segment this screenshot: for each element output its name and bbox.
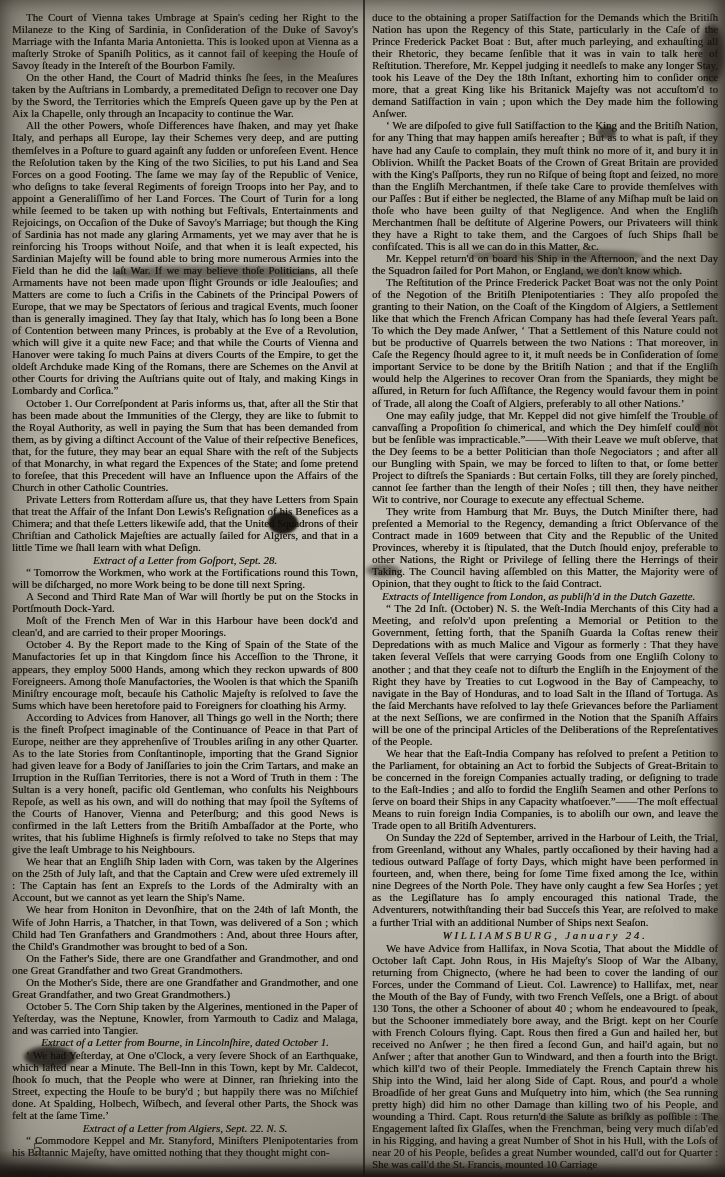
paragraph: “ The 2d Inſt. (October) N. S. the Weſt-… <box>372 603 718 748</box>
paragraph: All the other Powers, whoſe Differences … <box>12 120 358 397</box>
paragraph: On Sunday the 22d of September, arrived … <box>372 832 718 928</box>
newspaper-page: The Court of Vienna takes Umbrage at Spa… <box>0 0 725 1177</box>
paragraph: A Second and Third Rate Man of War will … <box>12 591 358 615</box>
paragraph: One may eaſily judge, that Mr. Keppel di… <box>372 410 718 506</box>
paragraph: October 1. Our Correſpondent at Paris in… <box>12 398 358 494</box>
page-corner-shadow <box>0 1151 120 1177</box>
paragraph: On the Mother's Side, there are one Gran… <box>12 977 358 1001</box>
paragraph: We hear from Honiton in Devonſhire, that… <box>12 904 358 952</box>
section-heading: Extract of a Letter from Bourne, in Linc… <box>12 1037 358 1049</box>
paragraph: duce to the obtaining a proper Satiſfact… <box>372 12 718 120</box>
paragraph: We hear that the Eaſt-India Company has … <box>372 748 718 832</box>
paragraph: They write from Hamburg that Mr. Buys, t… <box>372 506 718 590</box>
left-column: The Court of Vienna takes Umbrage at Spa… <box>12 12 358 1170</box>
paragraph: The Court of Vienna takes Umbrage at Spa… <box>12 12 358 72</box>
paragraph: On the other Hand, the Court of Madrid t… <box>12 72 358 120</box>
paragraph: October 5. The Corn Ship taken by the Al… <box>12 1001 358 1037</box>
paragraph: October 4. By the Report made to the Kin… <box>12 639 358 711</box>
paragraph: Mr. Keppel return'd on board his Ship in… <box>372 253 718 277</box>
right-column: duce to the obtaining a proper Satiſfact… <box>372 12 718 1170</box>
section-heading: Extract of a Letter from Algiers, Sept. … <box>12 1123 358 1135</box>
paragraph: On the Father's Side, there are one Gran… <box>12 953 358 977</box>
paragraph: ‘ We are diſpoſed to give full Satiſfact… <box>372 120 718 253</box>
section-heading: Extracts of Intelligence from London, as… <box>372 591 718 603</box>
paragraph: Moſt of the French Men of War in this Ha… <box>12 615 358 639</box>
paragraph: “ Tomorrow the Workmen, who work at the … <box>12 567 358 591</box>
dateline-heading: WILLIAMSBURG, January 24. <box>372 930 718 942</box>
column-divider-rule <box>363 0 365 1177</box>
paragraph: Private Letters from Rotterdam aſſure us… <box>12 494 358 554</box>
paragraph: According to Advices from Hanover, all T… <box>12 712 358 857</box>
paragraph: The Reſtitution of the Prince Frederick … <box>372 277 718 410</box>
section-heading: Extract of a Letter from Goſport, Sept. … <box>12 555 358 567</box>
paragraph: We hear that an Engliſh Ship laden with … <box>12 856 358 904</box>
paragraph: We have Advice from Hallifax, in Nova Sc… <box>372 943 718 1170</box>
paragraph: ‘ We had Yeſterday, at One o'Clock, a ve… <box>12 1050 358 1122</box>
